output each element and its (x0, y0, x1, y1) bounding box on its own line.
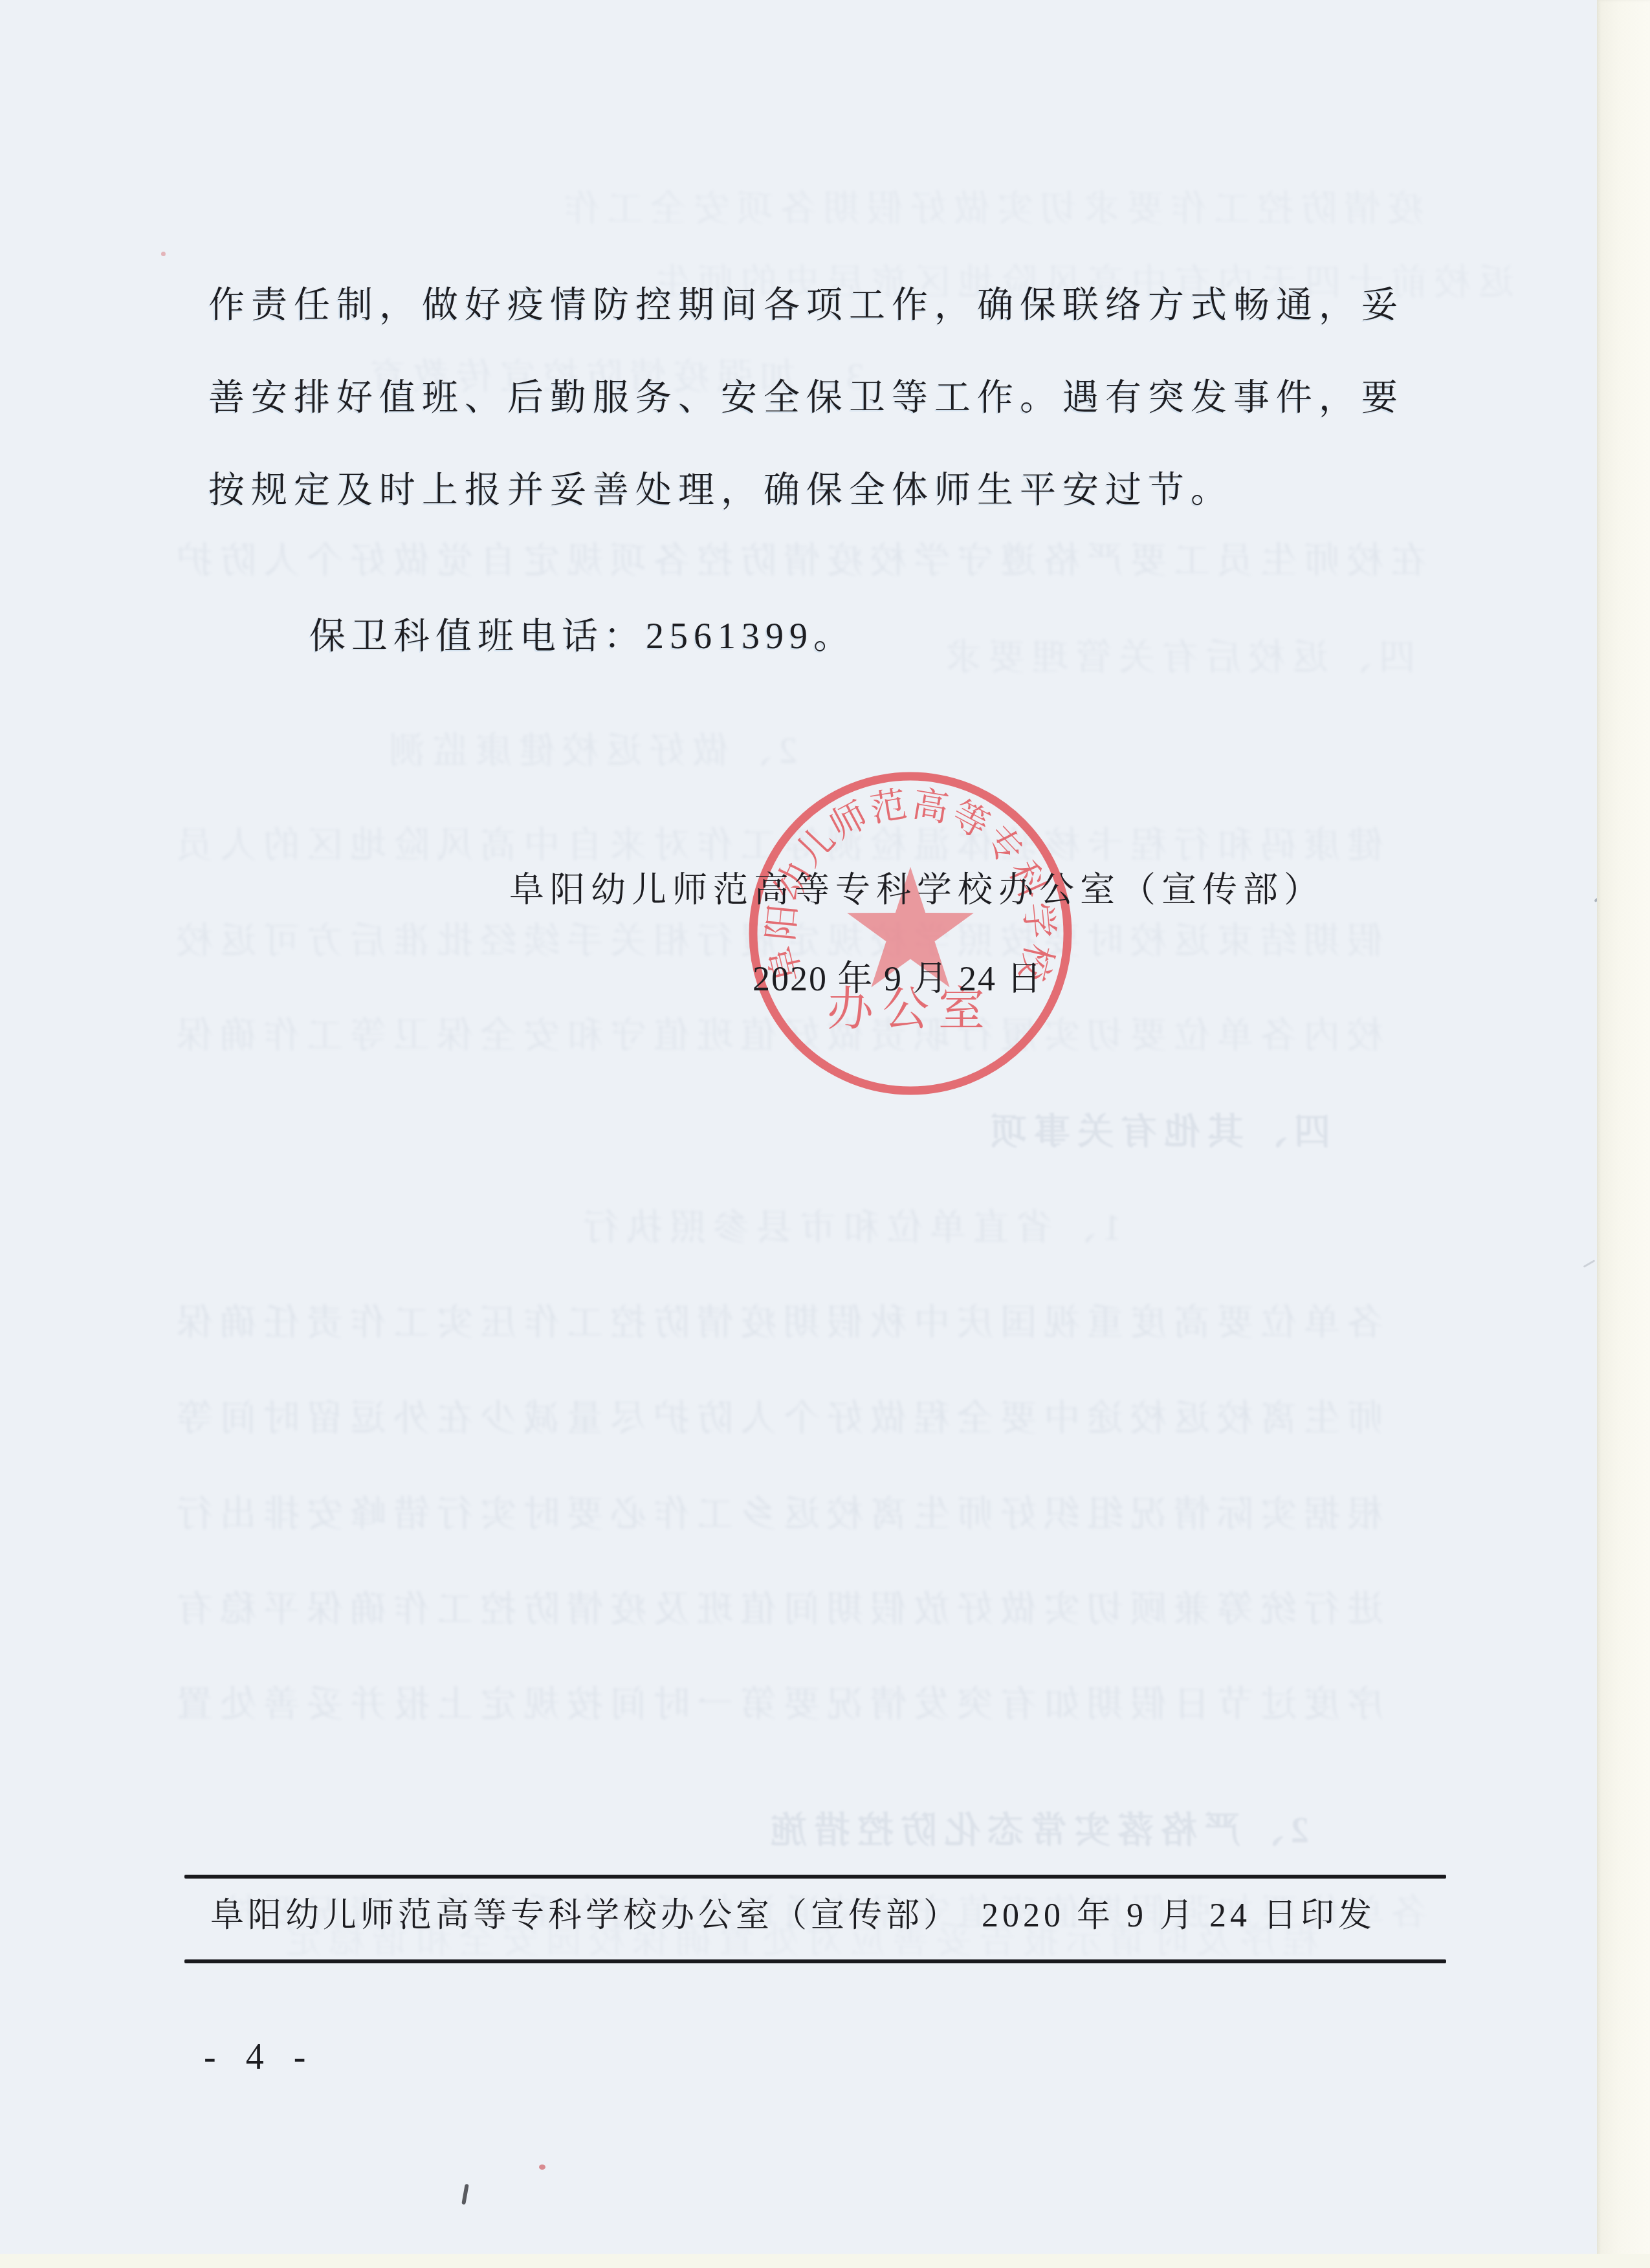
signature-org: 阜阳幼儿师范高等专科学校办公室（宣传部） (509, 870, 1325, 910)
bleedthrough-line: 疫情防控工作要求切实做好假期各项安全工作 (556, 180, 1424, 232)
bleedthrough-line: 1、省直单位和市县参照执行 (576, 1199, 1121, 1250)
scanned-document-page: 疫情防控工作要求切实做好假期各项安全工作 返校前十四天内有中高风险地区旅居史的师… (0, 0, 1650, 2268)
footer-rule-top (184, 1875, 1446, 1879)
bleedthrough-line: 2、做好返校健康监测 (382, 722, 797, 774)
ink-speck-artifact (461, 2184, 468, 2205)
bleedthrough-line: 根据实际情况组织好师生离校返乡工作必要时实行错峰安排出行 (170, 1485, 1383, 1537)
bleedthrough-line: 各单位要高度重视国庆中秋假期疫情防控工作压实工作责任确保 (170, 1294, 1383, 1346)
body-line-1: 作责任制，做好疫情防控期间各项工作，确保联络方式畅通，妥 (208, 285, 1404, 326)
bleedthrough-line: 2、严格落实常态化防控措施 (764, 1802, 1309, 1853)
page-edge-bottom (0, 2254, 1650, 2268)
red-dot-artifact (539, 2164, 545, 2170)
page-number: - 4 - (204, 2036, 316, 2078)
bleedthrough-line: 四、其他有关事项 (984, 1103, 1330, 1155)
duty-phone-line: 保卫科值班电话：2561399。 (309, 616, 855, 657)
page-edge-right (1597, 0, 1650, 2268)
bleedthrough-line: 进行统筹兼顾切实做好放假期间值班及疫情防控工作确保平稳有 (170, 1580, 1383, 1632)
body-line-3: 按规定及时上报并妥善处理，确保全体师生平安过节。 (208, 470, 1233, 511)
bleedthrough-line: 序度过节日假期如有突发情况要第一时间按规定上报并妥善处置 (170, 1675, 1383, 1727)
scratch-mark-artifact (1583, 1259, 1596, 1268)
footer-imprint: 阜阳幼儿师范高等专科学校办公室（宣传部） 2020 年 9 月 24 日印发 (210, 1897, 1376, 1935)
bleedthrough-line: 师生离校返校途中要全程做好个人防护尽量减少在外逗留时间等 (170, 1390, 1383, 1441)
body-line-2: 善安排好值班、后勤服务、安全保卫等工作。遇有突发事件，要 (208, 377, 1404, 419)
official-seal: 阜阳幼儿师范高等专科学校 办公室 (744, 767, 1077, 1100)
signature-date: 2020 年 9 月 24 日 (753, 959, 1043, 999)
bleedthrough-line: 四、返校后有关管理要求 (938, 629, 1415, 681)
seal-graphic: 阜阳幼儿师范高等专科学校 办公室 (744, 767, 1077, 1100)
red-speck-artifact (161, 252, 166, 256)
bleedthrough-line: 在校师生员工要严格遵守学校疫情防控各项规定自觉做好个人防护 (170, 532, 1427, 583)
footer-rule-bottom (184, 1959, 1446, 1963)
